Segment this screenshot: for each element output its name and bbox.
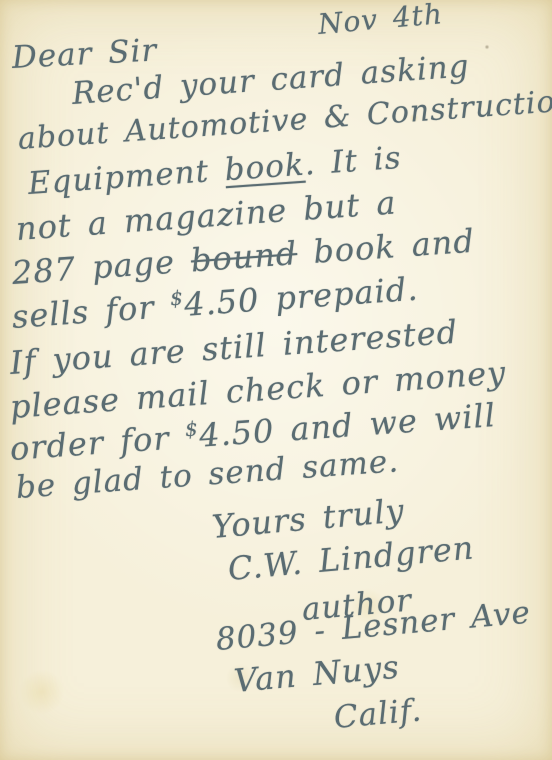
letter-date: Nov 4th xyxy=(317,0,445,41)
struck-word-bound: bound xyxy=(190,234,299,279)
body-line-3-pre: Equipment xyxy=(27,152,226,202)
letter-paper: Nov 4th Dear Sir Rec'd your card asking … xyxy=(0,0,552,760)
address-line-2: Van Nuys xyxy=(232,648,401,700)
underlined-word-book: book xyxy=(223,147,305,188)
body-line-6-post: 4.50 prepaid. xyxy=(183,270,420,324)
body-line-3-post: . It is xyxy=(303,140,402,183)
body-line-5-post: book and xyxy=(296,222,476,272)
body-line-6-pre: sells for xyxy=(11,287,172,336)
address-line-3: Calif. xyxy=(332,692,423,736)
salutation: Dear Sir xyxy=(11,32,158,76)
body-line-5-pre: 287 page xyxy=(11,242,193,292)
